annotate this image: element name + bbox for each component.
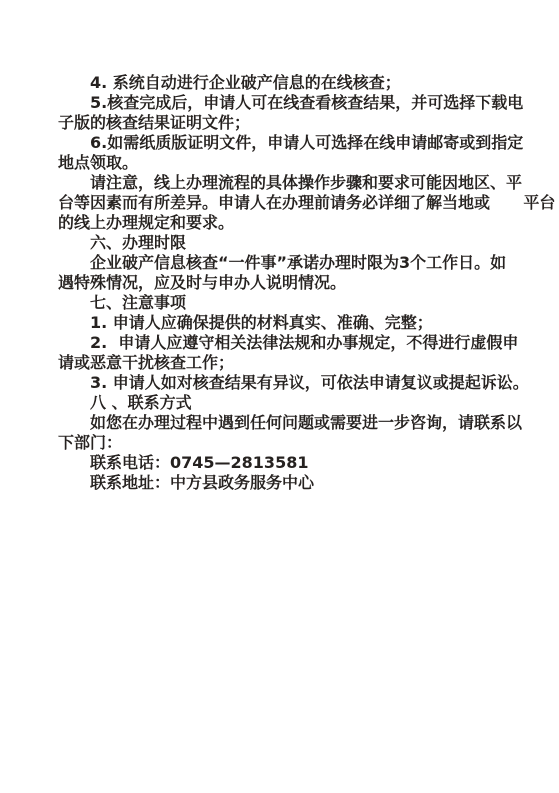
text-line: 子版的核查结果证明文件； bbox=[58, 113, 558, 133]
text-line: 3. 申请人如对核查结果有异议，可依法申请复议或提起诉讼。 bbox=[58, 373, 558, 393]
document-content: 4. 系统自动进行企业破产信息的在线核查；5.核查完成后，申请人可在线查看核查结… bbox=[58, 73, 558, 493]
text-line: 2. 申请人应遵守相关法律法规和办事规定，不得进行虚假申 bbox=[58, 333, 558, 353]
text-line: 地点领取。 bbox=[58, 153, 558, 173]
text-line: 4. 系统自动进行企业破产信息的在线核查； bbox=[58, 73, 558, 93]
section-heading: 六、办理时限 bbox=[58, 233, 558, 253]
text-line: 下部门： bbox=[58, 433, 558, 453]
text-line: 6.如需纸质版证明文件，申请人可选择在线申请邮寄或到指定 bbox=[58, 133, 558, 153]
text-line: 的线上办理规定和要求。 bbox=[58, 213, 558, 233]
text-line: 联系地址：中方县政务服务中心 bbox=[58, 473, 558, 493]
text-line: 台等因素而有所差异。申请人在办理前请务必详细了解当地或 平台 bbox=[58, 193, 558, 213]
document-page: 4. 系统自动进行企业破产信息的在线核查；5.核查完成后，申请人可在线查看核查结… bbox=[0, 0, 559, 793]
text-line: 企业破产信息核查“一件事”承诺办理时限为3个工作日。如 bbox=[58, 253, 558, 273]
section-heading: 七、注意事项 bbox=[58, 293, 558, 313]
text-line: 如您在办理过程中遇到任何问题或需要进一步咨询，请联系以 bbox=[58, 413, 558, 433]
text-line: 请或恶意干扰核查工作； bbox=[58, 353, 558, 373]
text-line: 遇特殊情况，应及时与申办人说明情况。 bbox=[58, 273, 558, 293]
text-line: 1. 申请人应确保提供的材料真实、准确、完整； bbox=[58, 313, 558, 333]
section-heading: 八 、联系方式 bbox=[58, 393, 558, 413]
text-line: 请注意，线上办理流程的具体操作步骤和要求可能因地区、平 bbox=[58, 173, 558, 193]
text-line: 5.核查完成后，申请人可在线查看核查结果，并可选择下载电 bbox=[58, 93, 558, 113]
text-line: 联系电话：0745—2813581 bbox=[58, 453, 558, 473]
